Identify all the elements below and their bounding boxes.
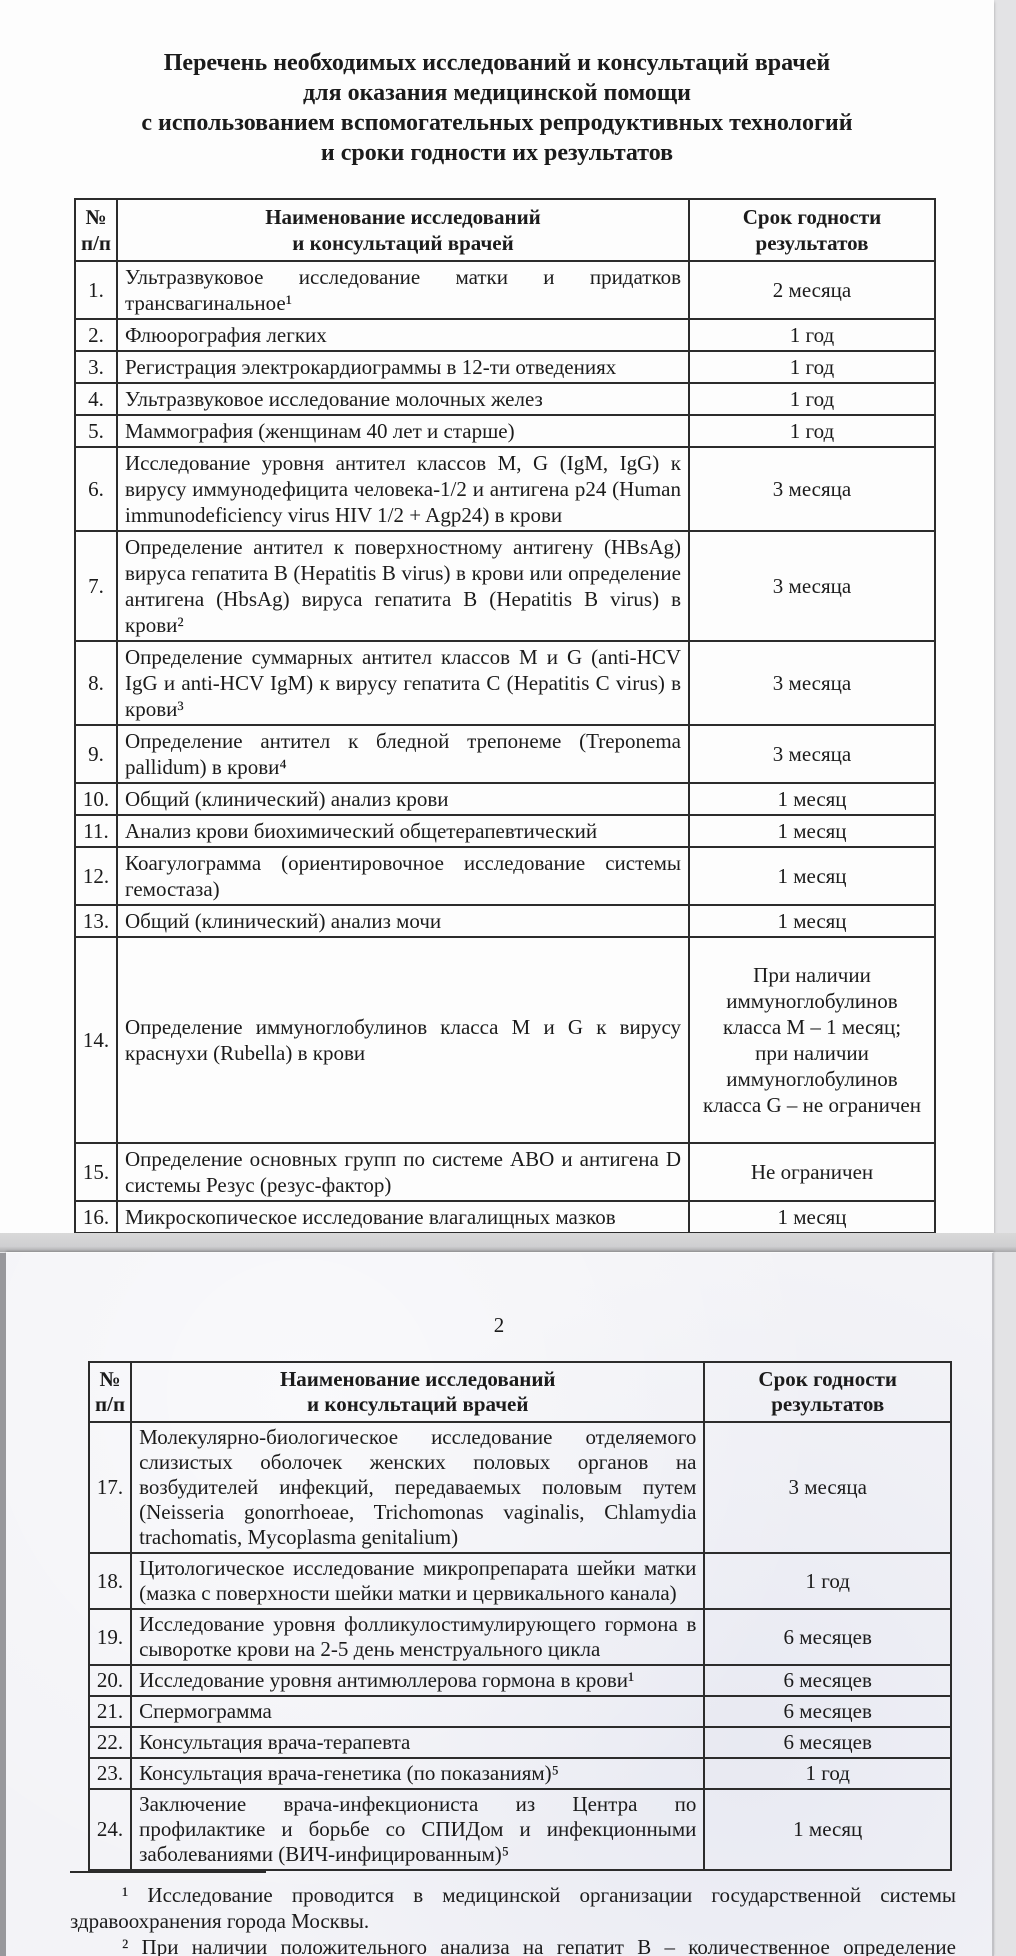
document-title: Перечень необходимых исследований и конс… bbox=[0, 0, 994, 168]
table-row: 10. Общий (клинический) анализ крови 1 м… bbox=[75, 783, 935, 815]
row-term-cell: 3 месяца bbox=[689, 725, 935, 783]
col-header-name: Наименование исследований и консультаций… bbox=[131, 1362, 704, 1422]
row-number-cell: 5. bbox=[75, 415, 117, 447]
table-head-page2: № п/п Наименование исследований и консул… bbox=[89, 1362, 951, 1422]
table-row: 23. Консультация врача-генетика (по пока… bbox=[89, 1758, 951, 1789]
table-row: 1. Ультразвуковое исследование матки и п… bbox=[75, 261, 935, 319]
row-name-cell: Общий (клинический) анализ мочи bbox=[117, 905, 689, 937]
row-number-cell: 13. bbox=[75, 905, 117, 937]
row-number-cell: 24. bbox=[89, 1789, 131, 1870]
footnote-2: ² При наличии положительного анализа на … bbox=[70, 1934, 956, 1956]
row-name-cell: Маммография (женщинам 40 лет и старше) bbox=[117, 415, 689, 447]
row-term-cell: 1 год bbox=[689, 415, 935, 447]
footnote-separator bbox=[70, 1871, 266, 1873]
row-term-cell: 1 год bbox=[704, 1758, 951, 1789]
table-body-page2: 17. Молекулярно-биологическое исследован… bbox=[89, 1422, 951, 1870]
table-row: 13. Общий (клинический) анализ мочи 1 ме… bbox=[75, 905, 935, 937]
table-row: 12. Коагулограмма (ориентировочное иссле… bbox=[75, 847, 935, 905]
row-name-cell: Исследование уровня антител классов M, G… bbox=[117, 447, 689, 531]
row-term-cell: 1 месяц bbox=[689, 815, 935, 847]
title-line-4: и сроки годности их результатов bbox=[0, 138, 994, 168]
examinations-table-page1: № п/п Наименование исследований и консул… bbox=[74, 198, 936, 1234]
row-name-cell: Ультразвуковое исследование матки и прид… bbox=[117, 261, 689, 319]
row-name-cell: Регистрация электрокардиограммы в 12-ти … bbox=[117, 351, 689, 383]
table-row: 9. Определение антител к бледной трепоне… bbox=[75, 725, 935, 783]
row-name-cell: Консультация врача-генетика (по показани… bbox=[131, 1758, 704, 1789]
table-row: 16. Микроскопическое исследование влагал… bbox=[75, 1201, 935, 1233]
table-body-page1: 1. Ультразвуковое исследование матки и п… bbox=[75, 261, 935, 1233]
row-term-cell: 1 месяц bbox=[689, 783, 935, 815]
page-number: 2 bbox=[6, 1253, 992, 1337]
page-gap bbox=[0, 1233, 1016, 1252]
col-header-number: № п/п bbox=[89, 1362, 131, 1422]
table-row: 5. Маммография (женщинам 40 лет и старше… bbox=[75, 415, 935, 447]
row-number-cell: 11. bbox=[75, 815, 117, 847]
page-2: 2 № п/п Наименование исследований и конс… bbox=[6, 1252, 994, 1956]
row-number-cell: 14. bbox=[75, 937, 117, 1143]
row-term-cell: 6 месяцев bbox=[704, 1727, 951, 1758]
table-row: 3. Регистрация электрокардиограммы в 12-… bbox=[75, 351, 935, 383]
table-row: 18. Цитологическое исследование микропре… bbox=[89, 1553, 951, 1609]
page2-left-edge bbox=[0, 1253, 6, 1956]
row-number-cell: 3. bbox=[75, 351, 117, 383]
row-number-cell: 19. bbox=[89, 1609, 131, 1665]
row-name-cell: Заключение врача-инфекциониста из Центра… bbox=[131, 1789, 704, 1870]
col-header-term: Срок годности результатов bbox=[704, 1362, 951, 1422]
row-term-cell: 3 месяца bbox=[689, 531, 935, 641]
row-number-cell: 22. bbox=[89, 1727, 131, 1758]
row-name-cell: Микроскопическое исследование влагалищны… bbox=[117, 1201, 689, 1233]
row-term-cell: 1 месяц bbox=[689, 905, 935, 937]
row-number-cell: 17. bbox=[89, 1422, 131, 1553]
row-name-cell: Определение антител к поверхностному ант… bbox=[117, 531, 689, 641]
header-row: № п/п Наименование исследований и консул… bbox=[89, 1362, 951, 1422]
table-row: 2. Флюорография легких 1 год bbox=[75, 319, 935, 351]
row-term-cell: 3 месяца bbox=[689, 447, 935, 531]
row-term-cell: 6 месяцев bbox=[704, 1609, 951, 1665]
table-row: 24. Заключение врача-инфекциониста из Це… bbox=[89, 1789, 951, 1870]
row-term-cell: 3 месяца bbox=[704, 1422, 951, 1553]
row-term-cell: 3 месяца bbox=[689, 641, 935, 725]
row-term-cell: 1 месяц bbox=[689, 1201, 935, 1233]
title-line-1: Перечень необходимых исследований и конс… bbox=[0, 48, 994, 78]
table-head-page1: № п/п Наименование исследований и консул… bbox=[75, 199, 935, 261]
table-row: 19. Исследование уровня фолликулостимули… bbox=[89, 1609, 951, 1665]
row-number-cell: 20. bbox=[89, 1665, 131, 1696]
row-name-cell: Определение суммарных антител классов M … bbox=[117, 641, 689, 725]
footnotes-block: ¹ Исследование проводится в медицинской … bbox=[70, 1871, 956, 1956]
row-name-cell: Исследование уровня фолликулостимулирующ… bbox=[131, 1609, 704, 1665]
table-row: 20. Исследование уровня антимюллерова го… bbox=[89, 1665, 951, 1696]
table-row: 15. Определение основных групп по систем… bbox=[75, 1143, 935, 1201]
row-term-cell: 6 месяцев bbox=[704, 1696, 951, 1727]
row-number-cell: 7. bbox=[75, 531, 117, 641]
row-name-cell: Исследование уровня антимюллерова гормон… bbox=[131, 1665, 704, 1696]
row-number-cell: 23. bbox=[89, 1758, 131, 1789]
row-number-cell: 9. bbox=[75, 725, 117, 783]
row-number-cell: 2. bbox=[75, 319, 117, 351]
table-row: 4. Ультразвуковое исследование молочных … bbox=[75, 383, 935, 415]
row-term-cell: 1 месяц bbox=[689, 847, 935, 905]
row-number-cell: 18. bbox=[89, 1553, 131, 1609]
title-line-2: для оказания медицинской помощи bbox=[0, 78, 994, 108]
page-1: Перечень необходимых исследований и конс… bbox=[0, 0, 994, 1233]
table-row: 11. Анализ крови биохимический общетерап… bbox=[75, 815, 935, 847]
row-number-cell: 15. bbox=[75, 1143, 117, 1201]
col-header-name: Наименование исследований и консультаций… bbox=[117, 199, 689, 261]
table-row: 17. Молекулярно-биологическое исследован… bbox=[89, 1422, 951, 1553]
row-name-cell: Спермограмма bbox=[131, 1696, 704, 1727]
row-term-cell: 2 месяца bbox=[689, 261, 935, 319]
row-name-cell: Общий (клинический) анализ крови bbox=[117, 783, 689, 815]
row-number-cell: 6. bbox=[75, 447, 117, 531]
title-line-3: с использованием вспомогательных репроду… bbox=[0, 108, 994, 138]
row-term-cell: 6 месяцев bbox=[704, 1665, 951, 1696]
row-name-cell: Флюорография легких bbox=[117, 319, 689, 351]
footnote-1: ¹ Исследование проводится в медицинской … bbox=[70, 1882, 956, 1934]
row-number-cell: 8. bbox=[75, 641, 117, 725]
row-term-cell: 1 год bbox=[689, 351, 935, 383]
row-number-cell: 4. bbox=[75, 383, 117, 415]
row-term-cell: 1 год bbox=[689, 383, 935, 415]
row-number-cell: 16. bbox=[75, 1201, 117, 1233]
row-name-cell: Определение иммуноглобулинов класса M и … bbox=[117, 937, 689, 1143]
row-name-cell: Определение основных групп по системе AB… bbox=[117, 1143, 689, 1201]
col-header-term: Срок годности результатов bbox=[689, 199, 935, 261]
row-number-cell: 21. bbox=[89, 1696, 131, 1727]
row-number-cell: 12. bbox=[75, 847, 117, 905]
row-name-cell: Коагулограмма (ориентировочное исследова… bbox=[117, 847, 689, 905]
row-number-cell: 1. bbox=[75, 261, 117, 319]
row-term-cell: Не ограничен bbox=[689, 1143, 935, 1201]
row-number-cell: 10. bbox=[75, 783, 117, 815]
table-row: 14. Определение иммуноглобулинов класса … bbox=[75, 937, 935, 1143]
document-scan: Перечень необходимых исследований и конс… bbox=[0, 0, 1016, 1956]
table-row: 7. Определение антител к поверхностному … bbox=[75, 531, 935, 641]
row-name-cell: Определение антител к бледной трепонеме … bbox=[117, 725, 689, 783]
header-row: № п/п Наименование исследований и консул… bbox=[75, 199, 935, 261]
col-header-number: № п/п bbox=[75, 199, 117, 261]
row-name-cell: Консультация врача-терапевта bbox=[131, 1727, 704, 1758]
row-name-cell: Ультразвуковое исследование молочных жел… bbox=[117, 383, 689, 415]
table-row: 6. Исследование уровня антител классов M… bbox=[75, 447, 935, 531]
table-row: 21. Спермограмма 6 месяцев bbox=[89, 1696, 951, 1727]
row-name-cell: Цитологическое исследование микропрепара… bbox=[131, 1553, 704, 1609]
table-row: 22. Консультация врача-терапевта 6 месяц… bbox=[89, 1727, 951, 1758]
examinations-table-page2: № п/п Наименование исследований и консул… bbox=[88, 1361, 952, 1871]
table-row: 8. Определение суммарных антител классов… bbox=[75, 641, 935, 725]
row-term-cell: При наличии иммуноглобулинов класса M – … bbox=[689, 937, 935, 1143]
row-term-cell: 1 год bbox=[689, 319, 935, 351]
row-name-cell: Анализ крови биохимический общетерапевти… bbox=[117, 815, 689, 847]
row-term-cell: 1 год bbox=[704, 1553, 951, 1609]
row-name-cell: Молекулярно-биологическое исследование о… bbox=[131, 1422, 704, 1553]
row-term-cell: 1 месяц bbox=[704, 1789, 951, 1870]
